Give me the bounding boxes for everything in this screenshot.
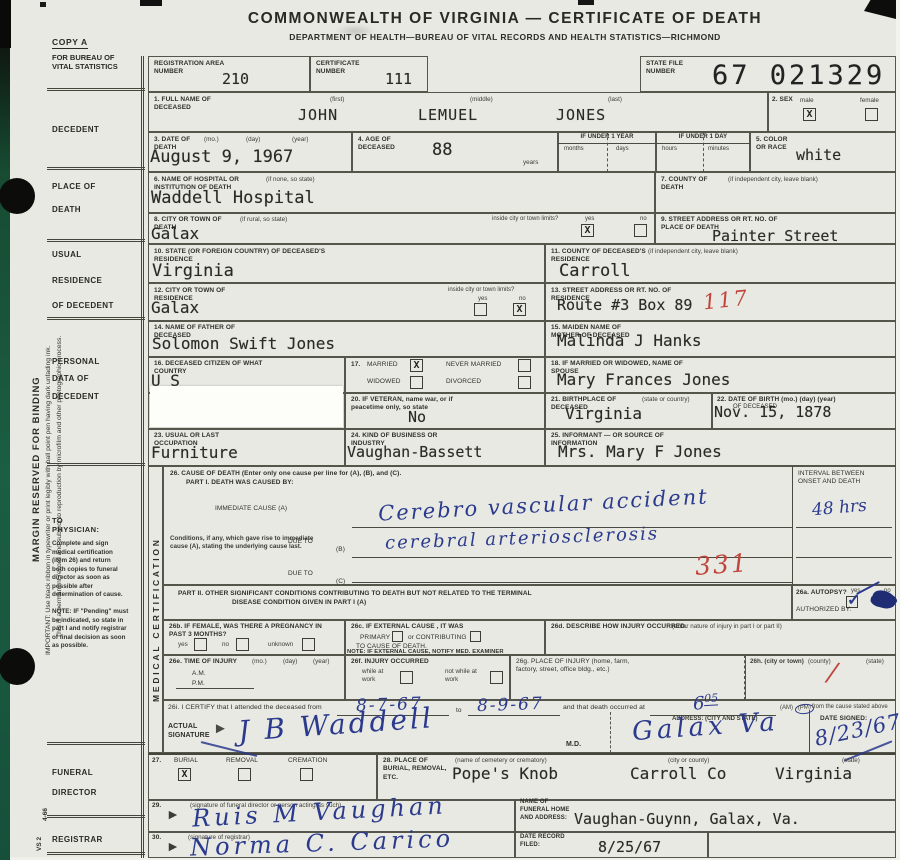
- physician-note: NOTE: IF "Pending" must be indicated, so…: [52, 608, 132, 651]
- section-divider: [47, 167, 145, 170]
- field-5-label: 5. COLOR OR RACE: [756, 136, 798, 153]
- margin-important-text: IMPORTANT: Use black ribbon in typewrite…: [45, 345, 52, 655]
- section-label-personal-data: DECEDENT: [52, 392, 99, 402]
- widowed-checkbox: [410, 376, 423, 389]
- cremation-label: CREMATION: [288, 757, 327, 765]
- field-3-hint-mo: (mo.): [204, 136, 219, 144]
- decedent-first-name: JOHN: [298, 106, 338, 124]
- time-of-injury-line: [176, 688, 254, 689]
- date-record-filed-label: DATE RECORD FILED:: [520, 834, 575, 850]
- decedent-last-name: JONES: [556, 106, 606, 124]
- funeral-home-value: Vaughan-Guynn, Galax, Va.: [574, 810, 800, 828]
- pregnancy-unknown-label: unknown: [268, 641, 293, 649]
- to-physician-body: Complete and sign medical certification …: [52, 540, 124, 600]
- primary-checkbox: [392, 631, 403, 642]
- arrow-icon: ►: [166, 838, 180, 854]
- divorced-checkbox: [518, 376, 531, 389]
- medical-certification-strip-label: MEDICAL CERTIFICATION: [151, 537, 161, 702]
- removal-label: REMOVAL: [226, 757, 258, 765]
- cause-code-annotation: 331: [694, 548, 750, 581]
- pregnancy-unknown-checkbox: [302, 638, 315, 651]
- to-physician-title: TO PHYSICIAN:: [52, 516, 112, 534]
- hours-minutes-divider: [703, 132, 704, 172]
- section-label-place-of-death: PLACE OF: [52, 182, 96, 192]
- section-label-decedent: DECEDENT: [52, 125, 99, 135]
- contributing-label: or CONTRIBUTING: [408, 634, 467, 642]
- page-subtitle: DEPARTMENT OF HEALTH—BUREAU OF VITAL REC…: [130, 32, 880, 42]
- never-married-label: NEVER MARRIED: [446, 361, 501, 369]
- veteran-value: No: [408, 408, 426, 426]
- scan-mark-top-1: [140, 0, 162, 6]
- occupation-value: Furniture: [151, 443, 238, 462]
- form-number-code: VS 2: [36, 837, 43, 851]
- section-label-residence: USUAL: [52, 250, 82, 260]
- field-26-label: 26. CAUSE OF DEATH (Enter only one cause…: [170, 470, 590, 478]
- color-race-value: white: [796, 146, 841, 164]
- section-label-funeral-director: DIRECTOR: [52, 788, 97, 798]
- field-26a-label: 26a. AUTOPSY?: [796, 589, 847, 597]
- county-hint: (county): [808, 658, 831, 666]
- part-1-label: PART I. DEATH WAS CAUSED BY:: [186, 479, 294, 487]
- limits-yes-label-8: yes: [585, 216, 594, 224]
- not-while-at-work-checkbox: [490, 671, 503, 684]
- field-26g-label: 26g. PLACE OF INJURY (home, farm, factor…: [516, 658, 644, 675]
- section-label-registrar: REGISTRAR: [52, 835, 103, 845]
- while-at-work-label: while at work: [362, 668, 396, 684]
- interval-label: INTERVAL BETWEEN ONSET AND DEATH: [798, 470, 888, 487]
- field-26e-label: 26e. TIME OF INJURY: [169, 658, 237, 666]
- cause-c-line: [352, 582, 792, 583]
- minutes-label: minutes: [708, 146, 729, 154]
- months-days-divider: [607, 132, 608, 172]
- residence-county-value: Carroll: [559, 261, 631, 281]
- punch-hole-bottom: [0, 648, 35, 685]
- divorced-label: DIVORCED: [446, 378, 481, 386]
- burial-place-value: Pope's Knob: [452, 764, 558, 783]
- pregnancy-no-checkbox: [236, 638, 249, 651]
- hours-label: hours: [662, 146, 677, 154]
- cause-b-label: (B): [336, 546, 345, 554]
- section-label-personal-data: DATA OF: [52, 374, 89, 384]
- field-30-number: 30.: [152, 834, 161, 842]
- field-26d-label: 26d. DESCRIBE HOW INJURY OCCURRED.: [551, 623, 687, 631]
- field-26e-hint-year: (year): [313, 658, 329, 666]
- residence-street-value: Route #3 Box 89: [557, 296, 692, 314]
- business-value: Vaughan-Bassett: [347, 443, 482, 461]
- field-26f-label: 26f. INJURY OCCURRED: [351, 658, 429, 666]
- field-29-number: 29.: [152, 802, 161, 810]
- section-label-funeral-director: FUNERAL: [52, 768, 93, 778]
- field-26c-label: 26c. IF EXTERNAL CAUSE , IT WAS: [351, 623, 541, 631]
- certify-suffix-text: from the cause stated above: [812, 704, 896, 712]
- pregnancy-no-label: no: [222, 641, 229, 649]
- field-8-hint: (if rural, so state): [240, 216, 287, 224]
- field-4-label: 4. AGE OF DECEASED: [358, 136, 416, 153]
- field-17-number: 17.: [351, 361, 360, 369]
- days-label: days: [616, 146, 629, 154]
- sex-male-label: male: [800, 97, 814, 105]
- sex-female-label: female: [860, 97, 879, 105]
- arrow-icon: ►: [213, 720, 228, 737]
- certificate-number-label: CERTIFICATE NUMBER: [316, 60, 376, 77]
- section-label-residence: RESIDENCE: [52, 276, 102, 286]
- pregnancy-yes-checkbox: [194, 638, 207, 651]
- not-while-at-work-label: not while at work: [445, 668, 485, 684]
- whiteout-patch: [150, 386, 343, 427]
- registration-area-value: 210: [222, 70, 249, 88]
- while-at-work-checkbox: [400, 671, 413, 684]
- city-of-death-value: Galax: [151, 224, 199, 243]
- hospital-value: Waddell Hospital: [151, 188, 315, 208]
- md-label: M.D.: [566, 740, 581, 749]
- section-label-residence: OF DECEDENT: [52, 301, 114, 311]
- death-time-minutes: 05: [704, 691, 719, 706]
- sex-male-checkbox: X: [803, 108, 816, 121]
- field-28-label: 28. PLACE OF BURIAL, REMOVAL, ETC.: [383, 757, 453, 782]
- due-to-label-2: DUE TO: [288, 570, 313, 578]
- punch-hole-top: [0, 178, 35, 214]
- spouse-name-value: Mary Frances Jones: [557, 370, 730, 389]
- street-of-death-value: Painter Street: [712, 227, 838, 245]
- section-divider: [47, 317, 145, 320]
- date-signed-divider: [809, 710, 810, 753]
- field-7-hint: (if independent city, leave blank): [728, 176, 818, 184]
- sex-female-checkbox: [865, 108, 878, 121]
- field-1-hint-middle: (middle): [470, 96, 493, 104]
- date-of-death-value: August 9, 1967: [150, 147, 293, 167]
- field-11-hint: (if independent city, leave blank): [648, 248, 738, 256]
- certificate-number-value: 111: [385, 70, 412, 88]
- residence-city-value: Galax: [151, 298, 199, 317]
- certify-mid-text: and that death occurred at: [563, 704, 645, 713]
- residence-state-value: Virginia: [152, 261, 234, 281]
- field-26e-hint-mo: (mo.): [252, 658, 267, 666]
- primary-label: PRIMARY: [360, 634, 390, 642]
- limits-question-8: inside city or town limits?: [492, 216, 558, 224]
- empty-end-box: [708, 832, 896, 858]
- limits-yes-checkbox-8: X: [581, 224, 594, 237]
- burial-label: BURIAL: [174, 757, 198, 765]
- copy-for-label: FOR BUREAU OF VITAL STATISTICS: [52, 53, 128, 72]
- section-label-place-of-death: DEATH: [52, 205, 81, 215]
- arrow-icon: ►: [166, 806, 180, 822]
- actual-signature-label: ACTUAL SIGNATURE: [168, 722, 214, 740]
- state-file-label: STATE FILE NUMBER: [646, 60, 702, 77]
- section-divider: [47, 852, 145, 855]
- age-unit-label: years: [523, 159, 538, 167]
- interval-line-a: [796, 527, 892, 528]
- field-1-hint-last: (last): [608, 96, 622, 104]
- certify-to-date: 8-9-67: [477, 694, 544, 716]
- interval-column-divider: [792, 466, 793, 585]
- date-record-filed-value: 8/25/67: [598, 838, 661, 856]
- field-26d-hint: (enter nature of injury in part I or par…: [672, 623, 782, 631]
- field-2-label: 2. SEX: [772, 96, 793, 104]
- cremation-checkbox: [300, 768, 313, 781]
- field-27-number: 27.: [152, 757, 161, 765]
- immediate-cause-label: IMMEDIATE CAUSE (A): [215, 505, 287, 513]
- section-divider: [47, 742, 145, 745]
- form-left-double-rule: [141, 56, 144, 858]
- am-option: (AM): [780, 705, 793, 711]
- certify-to-word: to: [456, 707, 462, 715]
- part-2-text: PART II. OTHER SIGNIFICANT CONDITIONS CO…: [178, 590, 778, 598]
- field-7-label: 7. COUNTY OF DEATH: [661, 176, 723, 193]
- field-6-hint: (if none, so state): [266, 176, 315, 184]
- age-value: 88: [432, 140, 452, 160]
- field-3-hint-day: (day): [246, 136, 260, 144]
- section-label-personal-data: PERSONAL: [52, 357, 100, 367]
- funeral-home-label: NAME OF FUNERAL HOME AND ADDRESS:: [520, 799, 572, 822]
- interval-line-b: [796, 557, 892, 558]
- scan-black-corner-topleft: [0, 0, 11, 48]
- scan-speck: [40, 2, 46, 7]
- section-divider: [47, 239, 145, 242]
- field-3-hint-year: (year): [292, 136, 308, 144]
- father-name-value: Solomon Swift Jones: [152, 334, 335, 353]
- part-2-text-2: DISEASE CONDITION GIVEN IN PART I (A): [232, 599, 366, 607]
- contributing-checkbox: [470, 631, 481, 642]
- scan-mark-top-2: [578, 0, 594, 5]
- margin-binding-text: MARGIN RESERVED FOR BINDING: [31, 376, 42, 562]
- page-title: COMMONWEALTH OF VIRGINIA — CERTIFICATE O…: [130, 10, 880, 28]
- state-file-value: 67 021329: [712, 60, 885, 91]
- burial-checkbox: X: [178, 768, 191, 781]
- married-label: MARRIED: [367, 361, 398, 369]
- binding-edge-strip: [0, 0, 10, 860]
- months-label: months: [564, 146, 584, 154]
- section-divider: [47, 815, 145, 818]
- mother-name-value: Malinda J Hanks: [557, 331, 702, 350]
- conditions-note: Conditions, if any, which gave rise to i…: [170, 535, 330, 551]
- signature-address-divider: [610, 712, 611, 753]
- section-divider: [47, 88, 145, 91]
- limits-no-checkbox-8: [634, 224, 647, 237]
- limits-question-12: inside city or town limits?: [448, 287, 514, 295]
- copy-label: COPY A: [52, 37, 88, 49]
- authorized-by-label: AUTHORIZED BY:: [796, 606, 852, 614]
- field-21-hint: (state or country): [642, 396, 690, 404]
- pregnancy-yes-label: yes: [178, 641, 188, 649]
- decedent-middle-name: LEMUEL: [418, 106, 478, 124]
- date-of-birth-value: Nov. 15, 1878: [714, 403, 831, 421]
- residence-street-annotation: 117: [702, 286, 750, 315]
- widowed-label: WIDOWED: [367, 378, 401, 386]
- burial-county-value: Carroll Co: [630, 764, 726, 783]
- death-certificate-scan: MARGIN RESERVED FOR BINDING IMPORTANT: U…: [0, 0, 900, 860]
- limits-yes-checkbox-12: [474, 303, 487, 316]
- limits-no-label-8: no: [640, 216, 647, 224]
- field-26e-hint-day: (day): [283, 658, 297, 666]
- field-1-label: 1. FULL NAME OF DECEASED: [154, 96, 226, 113]
- section-divider: [47, 463, 145, 466]
- field-26h-label: 26h. (city or town): [750, 658, 804, 666]
- informant-value: Mrs. Mary F Jones: [558, 442, 722, 461]
- limits-no-checkbox-12: X: [513, 303, 526, 316]
- birthplace-value: Virginia: [565, 404, 642, 423]
- burial-state-value: Virginia: [775, 764, 852, 783]
- removal-checkbox: [238, 768, 251, 781]
- never-married-checkbox: [518, 359, 531, 372]
- registration-area-label: REGISTRATION AREA NUMBER: [154, 60, 226, 77]
- field-1-hint-first: (first): [330, 96, 344, 104]
- married-checkbox: X: [410, 359, 423, 372]
- state-hint: (state): [866, 658, 884, 666]
- am-label: A.M.: [192, 670, 206, 678]
